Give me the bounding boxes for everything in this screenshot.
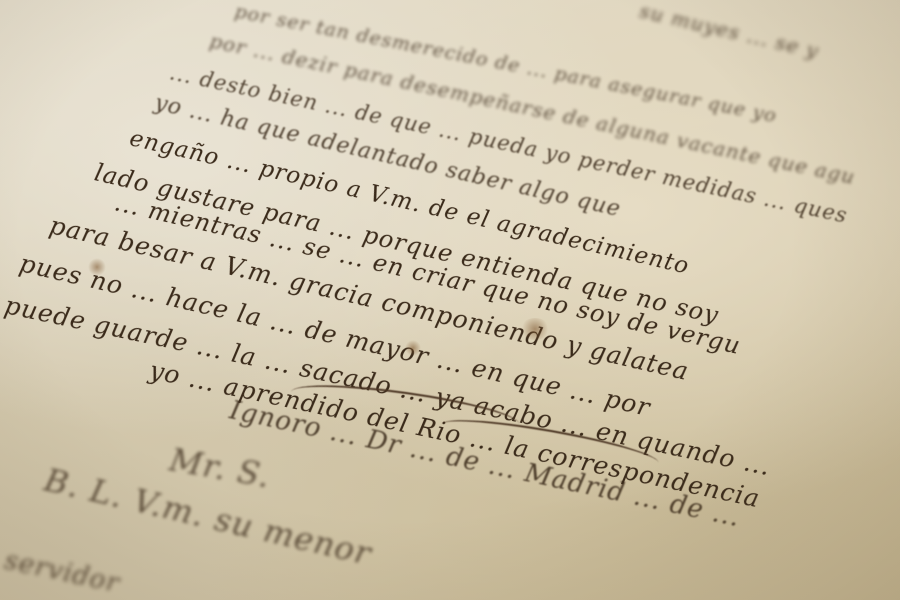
ink-stain xyxy=(88,258,106,276)
ink-stain xyxy=(405,340,421,356)
ink-stain xyxy=(520,318,550,340)
